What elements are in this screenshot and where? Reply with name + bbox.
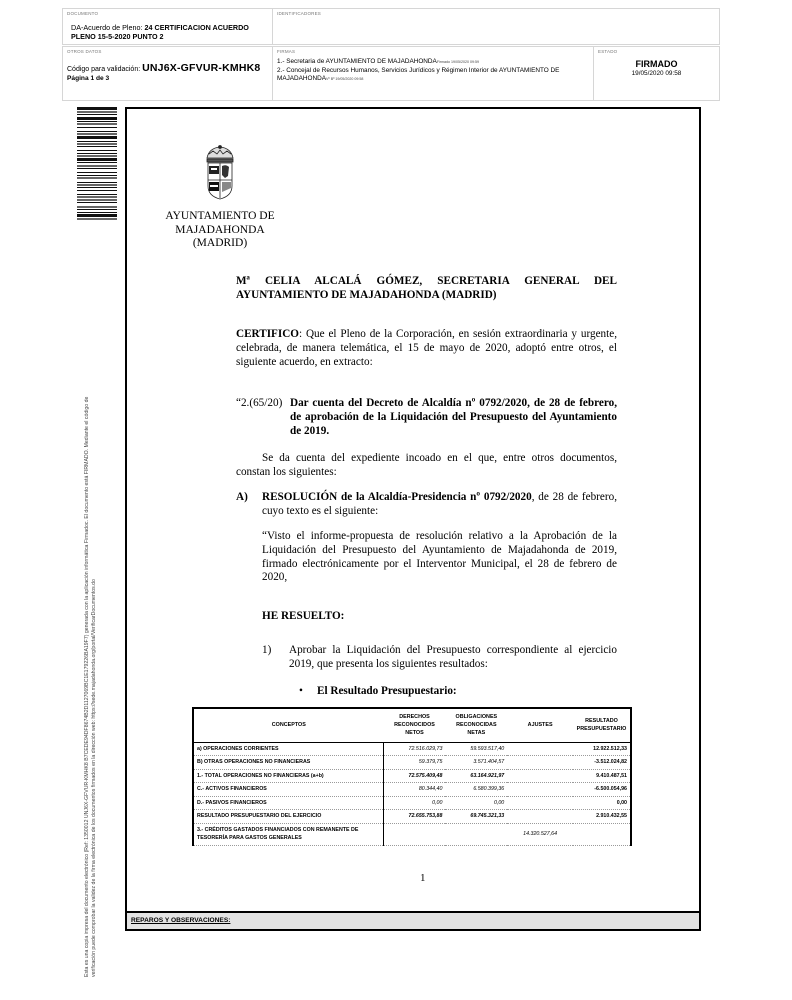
cell-derechos [384, 823, 446, 845]
certifico-paragraph: CERTIFICO: Que el Pleno de la Corporació… [236, 328, 617, 369]
verification-side-note: Esta es una copia impresa del documento … [84, 397, 97, 977]
page-info: Página 1 de 3 [67, 75, 109, 82]
expediente-paragraph: Se da cuenta del expediente incoado en e… [236, 452, 617, 480]
cell-resultado [573, 823, 631, 845]
status-date: 19/05/2020 09:58 [594, 70, 719, 77]
coat-of-arms-icon [201, 144, 239, 202]
validation-code: Código para validación: UNJ6X-GFVUR-KMHK… [67, 62, 260, 74]
cell-derechos: 72.575.409,48 [384, 769, 446, 783]
certifico-label: CERTIFICO [236, 328, 299, 340]
cell-ajustes [507, 756, 573, 770]
cell-ajustes [507, 769, 573, 783]
cell-ajustes [507, 742, 573, 756]
col-header-resultado: RESULTADO PRESUPUESTARIO [573, 708, 631, 742]
he-resuelto-heading: HE RESUELTO: [262, 610, 462, 624]
cell-derechos: 72.655.753,88 [384, 810, 446, 824]
cell-obligaciones: 0,00 [445, 796, 507, 810]
table-row: 3.- CRÉDITOS GASTADOS FINANCIADOS CON RE… [193, 823, 631, 845]
signer-2: 2.- Concejal de Recursos Humanos, Servic… [277, 67, 595, 84]
documento-label: DOCUMENTO [67, 11, 98, 16]
table-row: D.- PASIVOS FINANCIEROS0,000,000,00 [193, 796, 631, 810]
visto-paragraph: “Visto el informe-propuesta de resolució… [262, 530, 617, 585]
cell-obligaciones [445, 823, 507, 845]
cell-obligaciones: 59.593.517,40 [445, 742, 507, 756]
reparos-label: REPAROS Y OBSERVACIONES: [131, 917, 230, 924]
identificadores-label: IDENTIFICADORES [277, 11, 321, 16]
signer-2-text: 2.- Concejal de Recursos Humanos, Servic… [277, 67, 559, 82]
col-header-obligaciones: OBLIGACIONES RECONOCIDAS NETAS [445, 708, 507, 742]
cell-concepto: 3.- CRÉDITOS GASTADOS FINANCIADOS CON RE… [193, 823, 384, 845]
cell-derechos: 72.516.029,73 [384, 742, 446, 756]
cell-derechos: 0,00 [384, 796, 446, 810]
document-title: DA-Acuerdo de Pleno: 24 CERTIFICACION AC… [71, 23, 261, 41]
signer-2-note: Vº Bº 19/05/2020 09:58 [326, 77, 363, 81]
item-title: Dar cuenta del Decreto de Alcaldía nº 07… [290, 397, 617, 438]
signatory-heading: Mª CELIA ALCALÁ GÓMEZ, SECRETARIA GENERA… [236, 275, 617, 303]
header-estado-cell: ESTADO FIRMADO 19/05/2020 09:58 [593, 46, 720, 101]
header-identificadores-cell: IDENTIFICADORES [272, 8, 720, 45]
validation-code-value: UNJ6X-GFVUR-KMHK8 [142, 62, 260, 74]
cell-resultado: 9.410.487,51 [573, 769, 631, 783]
cell-concepto: D.- PASIVOS FINANCIEROS [193, 796, 384, 810]
cell-resultado: 0,00 [573, 796, 631, 810]
status-badge: FIRMADO [594, 59, 719, 69]
bullet-heading: El Resultado Presupuestario: [317, 685, 567, 699]
cell-ajustes: 14.320.527,64 [507, 823, 573, 845]
side-note-line-1: Esta es una copia impresa del documento … [84, 397, 91, 977]
item-number: “2.(65/20) [236, 397, 291, 411]
otros-datos-label: OTROS DATOS [67, 49, 102, 54]
cell-concepto: 1.- TOTAL OPERACIONES NO FINANCIERAS (a+… [193, 769, 384, 783]
signer-1-note: Firmado 19/05/2020 09:59 [437, 60, 479, 64]
header-documento-cell: DOCUMENTO DA-Acuerdo de Pleno: 24 CERTIF… [62, 8, 273, 45]
budget-result-table: CONCEPTOS DERECHOS RECONOCIDOS NETOS OBL… [192, 707, 632, 846]
cell-concepto: RESULTADO PRESUPUESTARIO DEL EJERCICIO [193, 810, 384, 824]
cell-obligaciones: 69.745.321,33 [445, 810, 507, 824]
bullet-icon: • [299, 685, 309, 699]
cell-concepto: C.- ACTIVOS FINANCIEROS [193, 783, 384, 797]
table-row: RESULTADO PRESUPUESTARIO DEL EJERCICIO72… [193, 810, 631, 824]
signer-1-text: 1.- Secretaria de AYUNTAMIENTO DE MAJADA… [277, 58, 437, 65]
letterhead-line-2: MAJADAHONDA [150, 224, 290, 238]
col-header-ajustes: AJUSTES [507, 708, 573, 742]
col-header-conceptos: CONCEPTOS [193, 708, 384, 742]
table-row: C.- ACTIVOS FINANCIEROS80.344,406.580.39… [193, 783, 631, 797]
table-row: a) OPERACIONES CORRIENTES72.516.029,7359… [193, 742, 631, 756]
section-a-bold: RESOLUCIÓN de la Alcaldía-Presidencia nº… [262, 491, 532, 503]
document-title-prefix: DA-Acuerdo de Pleno: [71, 23, 145, 32]
side-note-line-2: verificación puede comprobar la validez … [91, 397, 98, 977]
col-header-derechos: DERECHOS RECONOCIDOS NETOS [384, 708, 446, 742]
section-a-label: A) [236, 491, 256, 505]
signer-1: 1.- Secretaria de AYUNTAMIENTO DE MAJADA… [277, 58, 595, 67]
header-firmas-cell: FIRMAS 1.- Secretaria de AYUNTAMIENTO DE… [272, 46, 594, 101]
estado-label: ESTADO [598, 49, 617, 54]
signatory-line-1: Mª CELIA ALCALÁ GÓMEZ, SECRETARIA GENERA… [236, 275, 617, 289]
section-a-paragraph: RESOLUCIÓN de la Alcaldía-Presidencia nº… [262, 491, 617, 519]
cell-derechos: 59.379,75 [384, 756, 446, 770]
cell-obligaciones: 63.164.921,97 [445, 769, 507, 783]
cell-resultado: 2.910.432,55 [573, 810, 631, 824]
point-1-label: 1) [262, 644, 282, 658]
cell-obligaciones: 3.571.404,57 [445, 756, 507, 770]
validation-prefix: Código para validación: [67, 66, 142, 73]
cell-obligaciones: 6.580.399,36 [445, 783, 507, 797]
letterhead-line-3: (MADRID) [150, 237, 290, 251]
cell-concepto: a) OPERACIONES CORRIENTES [193, 742, 384, 756]
cell-resultado: -3.512.024,82 [573, 756, 631, 770]
firmas-label: FIRMAS [277, 49, 295, 54]
point-1-paragraph: Aprobar la Liquidación del Presupuesto c… [289, 644, 617, 672]
reparos-footer: REPAROS Y OBSERVACIONES: [125, 911, 701, 931]
letterhead-line-1: AYUNTAMIENTO DE [150, 210, 290, 224]
cell-ajustes [507, 796, 573, 810]
table-row: 1.- TOTAL OPERACIONES NO FINANCIERAS (a+… [193, 769, 631, 783]
header-otros-datos-cell: OTROS DATOS Código para validación: UNJ6… [62, 46, 273, 101]
signers-list: 1.- Secretaria de AYUNTAMIENTO DE MAJADA… [277, 58, 595, 83]
table-row: B) OTRAS OPERACIONES NO FINANCIERAS59.37… [193, 756, 631, 770]
organization-letterhead: AYUNTAMIENTO DE MAJADAHONDA (MADRID) [150, 210, 290, 251]
cell-concepto: B) OTRAS OPERACIONES NO FINANCIERAS [193, 756, 384, 770]
table-header-row: CONCEPTOS DERECHOS RECONOCIDOS NETOS OBL… [193, 708, 631, 742]
cell-ajustes [507, 783, 573, 797]
barcode-icon [77, 107, 117, 277]
cell-resultado: 12.922.512,33 [573, 742, 631, 756]
cell-resultado: -6.500.054,96 [573, 783, 631, 797]
signatory-line-2: AYUNTAMIENTO DE MAJADAHONDA (MADRID) [236, 289, 617, 303]
cell-ajustes [507, 810, 573, 824]
cell-derechos: 80.344,40 [384, 783, 446, 797]
page-number: 1 [420, 872, 426, 884]
